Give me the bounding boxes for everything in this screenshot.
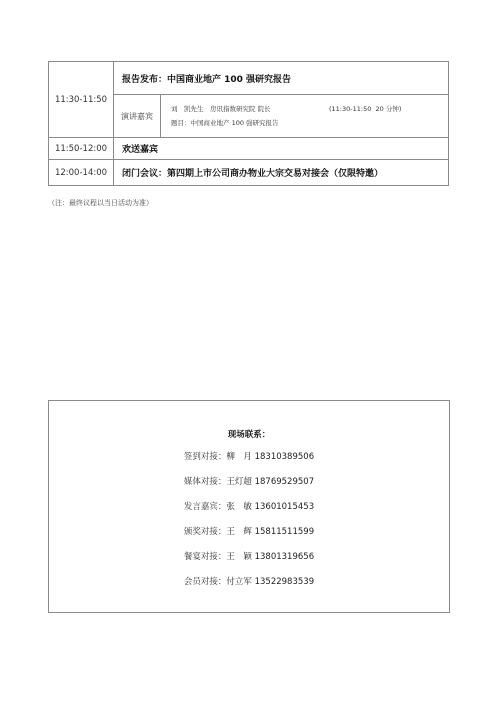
contact-role: 媒体对接： [184,477,227,487]
contact-name: 付立军 [226,577,252,587]
contact-name: 王灯超 [226,477,252,487]
agenda-note: （注：最终议程以当日活动为准） [48,198,153,208]
contact-role: 会员对接： [184,577,227,587]
session-title: 闭门会议：第四期上市公司商办物业大宗交易对接会（仅限特邀） [114,160,449,186]
speaker-name: 刘 凯先生 房讯指数研究院 院长 [171,102,329,116]
contact-role: 签到对接： [184,452,227,462]
speaker-label: 演讲嘉宾 [114,95,161,138]
contact-phone: 18769529507 [255,477,315,487]
contact-role: 颁奖对接： [184,527,227,537]
speaker-duration: (11:30-11:50 20 分钟) [329,102,401,116]
session-title: 欢送嘉宾 [114,138,449,160]
contact-item: 签到对接：柳 月 18310389506 [49,450,449,475]
contact-phone: 13801319656 [255,552,315,562]
contact-phone: 15811511599 [255,527,315,537]
contact-name: 王 颖 [226,552,252,562]
contact-role: 发言嘉宾： [184,502,227,512]
contact-title: 现场联系： [49,428,449,440]
agenda-table: 11:30-11:50 报告发布：中国商业地产 100 强研究报告 演讲嘉宾 刘… [48,61,449,186]
contact-box: 现场联系： 签到对接：柳 月 18310389506 媒体对接：王灯超 1876… [48,400,450,613]
contact-phone: 13522983539 [255,577,315,587]
session-title: 报告发布：中国商业地产 100 强研究报告 [114,62,449,95]
contact-item: 会员对接：付立军 13522983539 [49,575,449,600]
contact-name: 王 辉 [226,527,252,537]
table-row: 12:00-14:00 闭门会议：第四期上市公司商办物业大宗交易对接会（仅限特邀… [49,160,449,186]
contact-item: 媒体对接：王灯超 18769529507 [49,475,449,500]
table-row: 11:30-11:50 报告发布：中国商业地产 100 强研究报告 [49,62,449,95]
time-cell: 11:30-11:50 [49,62,114,138]
speaker-topic: 题目：中国商业地产 100 强研究报告 [171,116,448,130]
contact-item: 发言嘉宾：张 敏 13601015453 [49,500,449,525]
time-cell: 12:00-14:00 [49,160,114,186]
speaker-details: 刘 凯先生 房讯指数研究院 院长 (11:30-11:50 20 分钟) 题目：… [161,95,449,138]
contact-name: 张 敏 [226,502,252,512]
table-row: 11:50-12:00 欢送嘉宾 [49,138,449,160]
contact-item: 餐宴对接：王 颖 13801319656 [49,550,449,575]
contact-item: 颁奖对接：王 辉 15811511599 [49,525,449,550]
speaker-line: 刘 凯先生 房讯指数研究院 院长 (11:30-11:50 20 分钟) [171,102,448,116]
time-cell: 11:50-12:00 [49,138,114,160]
contact-name: 柳 月 [226,452,252,462]
contact-role: 餐宴对接： [184,552,227,562]
contact-phone: 13601015453 [255,502,315,512]
contact-phone: 18310389506 [255,452,315,462]
contact-list: 签到对接：柳 月 18310389506 媒体对接：王灯超 1876952950… [49,450,449,600]
